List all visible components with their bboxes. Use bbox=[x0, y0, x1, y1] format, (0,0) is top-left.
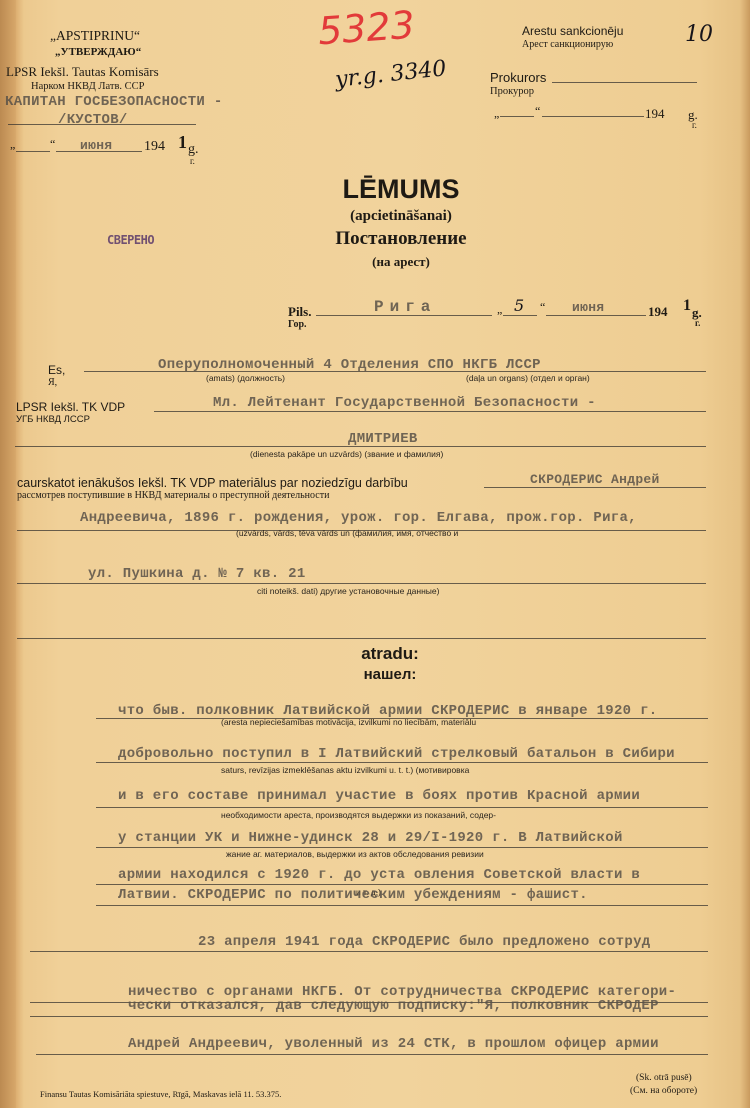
day-handwritten: 5 bbox=[514, 296, 524, 315]
page-number: 10 bbox=[685, 22, 713, 47]
page-fold-shadow bbox=[0, 0, 16, 1108]
officer-es-lv: Es, bbox=[48, 363, 65, 377]
document-subtitle-lv: (apcietināšanai) bbox=[0, 208, 750, 225]
officer-position-typed: Оперуполномоченный 4 Отделения СПО НКГБ … bbox=[158, 357, 541, 373]
commissar-ru: Нарком НКВД Латв. ССР bbox=[31, 81, 145, 92]
caption-name: (uzvārds, vārds, tēva vārds un (фамилия,… bbox=[236, 528, 458, 538]
printer-imprint: Finansu Tautas Komisāriāta spiestuve, Rī… bbox=[40, 1089, 281, 1099]
document-subtitle-ru: (на арест) bbox=[0, 254, 750, 270]
month-typed: июня bbox=[572, 300, 604, 315]
suspect-details-typed: Андреевича, 1896 г. рождения, урож. гор.… bbox=[80, 510, 637, 526]
officer-name-typed: ДМИТРИЕВ bbox=[348, 431, 418, 447]
approval-g-ru: г. bbox=[190, 156, 195, 166]
sanction-ru: Арест санкционирую bbox=[522, 39, 613, 50]
city-label-ru: Гор. bbox=[288, 319, 307, 330]
sanction-year: 194 bbox=[645, 106, 665, 122]
year-digit: 1 bbox=[683, 297, 691, 315]
caption-position: (amats) (должность) bbox=[206, 373, 285, 383]
finding-line-7: 23 апреля 1941 года СКРОДЕРИС было предл… bbox=[198, 934, 650, 950]
approver-rank-typed: КАПИТАН ГОСБЕЗОПАСНОСТИ - bbox=[5, 94, 223, 110]
finding-caption-4: жание аг. материалов, выдержки из актов … bbox=[226, 849, 484, 859]
file-reference: yr.g. 3340 bbox=[334, 56, 448, 93]
found-lv: atradu: bbox=[0, 644, 750, 664]
approval-date-open-quote: „ bbox=[10, 137, 15, 152]
approval-year-digit: 1 bbox=[178, 132, 187, 153]
date-open-quote: „ bbox=[497, 302, 502, 317]
overleaf-note-ru: (См. на обороте) bbox=[630, 1086, 697, 1096]
overleaf-note-lv: (Sk. otrā pusē) bbox=[636, 1073, 692, 1083]
finding-caption-1: (aresta nepieciešamības motivācija, izvi… bbox=[221, 717, 476, 727]
suspect-name-typed: СКРОДЕРИС Андрей bbox=[530, 472, 660, 487]
caption-department: (daļa un organs) (отдел и орган) bbox=[466, 373, 590, 383]
caption-rank: (dienesta pakāpe un uzvārds) (звание и ф… bbox=[250, 449, 443, 459]
red-archive-number: 5323 bbox=[317, 3, 417, 54]
finding-line-10: Андрей Андреевич, уволенный из 24 СТК, в… bbox=[128, 1036, 659, 1052]
officer-es-ru: Я, bbox=[48, 377, 57, 388]
approval-lv: „APSTIPRINU“ bbox=[50, 28, 140, 44]
finding-caption-2: saturs, revīzijas izmeklēšanas aktu izvi… bbox=[221, 765, 469, 775]
finding-caption-3: необходимости ареста, производятся выдер… bbox=[221, 810, 496, 820]
city-label-lv: Pils. bbox=[288, 304, 311, 320]
finding-line-3: и в его составе принимал участие в боях … bbox=[118, 788, 640, 804]
date-close-quote: “ bbox=[540, 300, 545, 315]
sanction-lv: Arestu sankcionēju bbox=[522, 24, 623, 38]
officer-rank-typed: Мл. Лейтенант Государственной Безопаснос… bbox=[213, 395, 596, 411]
approval-ru: „УТВЕРЖДАЮ“ bbox=[55, 46, 141, 58]
sanction-date-open-quote: „ bbox=[494, 106, 499, 121]
sanction-g-ru: г. bbox=[692, 120, 697, 130]
prosecutor-lv: Prokurors bbox=[490, 70, 546, 85]
year-printed: 194 bbox=[648, 304, 668, 320]
date-g-ru: г. bbox=[695, 318, 700, 328]
caption-other-data: citi noteikš. dati) другие установочные … bbox=[257, 586, 439, 596]
document-title-ru: Постановление bbox=[0, 228, 750, 250]
document-title-lv: LĒMUMS bbox=[0, 174, 750, 205]
finding-line-9: чески отказался, дав следующую подписку:… bbox=[128, 998, 659, 1014]
prosecutor-ru: Прокурор bbox=[490, 86, 534, 97]
sanction-date-close-quote: “ bbox=[535, 104, 540, 119]
approval-date-close-quote: “ bbox=[50, 137, 55, 152]
approval-year: 194 bbox=[144, 139, 165, 155]
finding-line-2: добровольно поступил в I Латвийский стре… bbox=[118, 746, 675, 762]
approver-name-typed: /КУСТОВ/ bbox=[58, 112, 128, 128]
commissar-lv: LPSR Iekšl. Tautas Komisārs bbox=[6, 64, 159, 80]
finding-line-6: Латвии. СКРОДЕРИС по политическим убежде… bbox=[118, 887, 588, 903]
finding-line-4: у станции УК и Нижне-удинск 28 и 29/I-19… bbox=[118, 830, 623, 846]
officer-org-lv: LPSR Iekšl. TK VDP bbox=[16, 400, 125, 414]
materials-text-lv: caurskatot ienākušos Iekšl. TK VDP mater… bbox=[17, 476, 408, 490]
officer-org-ru: УГБ НКВД ЛССР bbox=[16, 414, 90, 425]
materials-text-ru: рассмотрев поступившие в НКВД материалы … bbox=[17, 490, 329, 501]
finding-line-5: армии находился с 1920 г. до уста овлени… bbox=[118, 867, 640, 883]
city-typed: Рига bbox=[374, 298, 436, 316]
suspect-address-typed: ул. Пушкина д. № 7 кв. 21 bbox=[88, 566, 306, 582]
found-ru: нашел: bbox=[0, 666, 750, 683]
approval-month-typed: июня bbox=[80, 138, 112, 153]
